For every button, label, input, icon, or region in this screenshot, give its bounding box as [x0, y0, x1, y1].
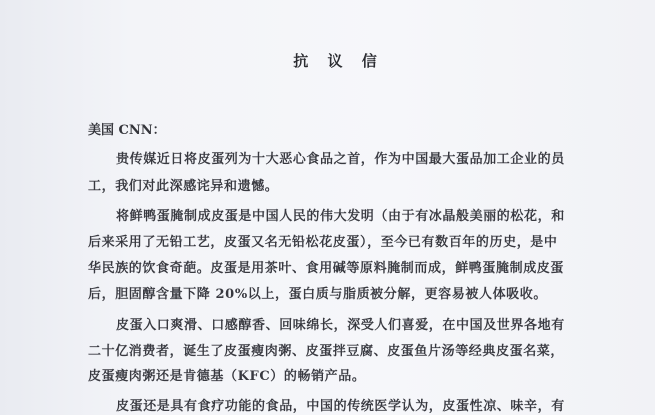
- paragraph-2-line-2: 后来采用了无铅工艺，皮蛋又名无铅松花皮蛋），至今已有数百年的历史，是中: [88, 231, 558, 250]
- letter-salutation: 美国 CNN：: [88, 119, 166, 138]
- paragraph-1-line-1: 贵传媒近日将皮蛋列为十大恶心食品之首，作为中国最大蛋品加工企业的员: [116, 148, 565, 167]
- paragraph-3-line-1: 皮蛋入口爽滑、口感醇香、回味绵长，深受人们喜爱，在中国及世界各地有: [116, 314, 565, 333]
- paragraph-3-line-2: 二十亿消费者，诞生了皮蛋瘦肉粥、皮蛋拌豆腐、皮蛋鱼片汤等经典皮蛋名菜，: [88, 340, 564, 359]
- letter-page: 抗 议 信 美国 CNN： 贵传媒近日将皮蛋列为十大恶心食品之首，作为中国最大蛋…: [0, 0, 655, 415]
- paragraph-2-line-4: 后，胆固醇含量下降 20%以上，蛋白质与脂质被分解，更容易被人体吸收。: [88, 283, 547, 302]
- paragraph-2-line-1: 将鲜鸭蛋腌制成皮蛋是中国人民的伟大发明（由于有冰晶般美丽的松花，和: [116, 205, 565, 224]
- paragraph-1-line-2: 工，我们对此深感诧异和遗憾。: [88, 175, 278, 194]
- paragraph-3-line-3: 皮蛋瘦肉粥还是肯德基（KFC）的畅销产品。: [88, 365, 365, 384]
- letter-title: 抗 议 信: [0, 50, 655, 71]
- paragraph-4-line-1: 皮蛋还是具有食疗功能的食品，中国的传统医学认为，皮蛋性凉、味辛，有: [116, 395, 565, 414]
- paragraph-2-line-3: 华民族的饮食奇葩。皮蛋是用茶叶、食用碱等原料腌制而成，鲜鸭蛋腌制成皮蛋: [88, 257, 564, 276]
